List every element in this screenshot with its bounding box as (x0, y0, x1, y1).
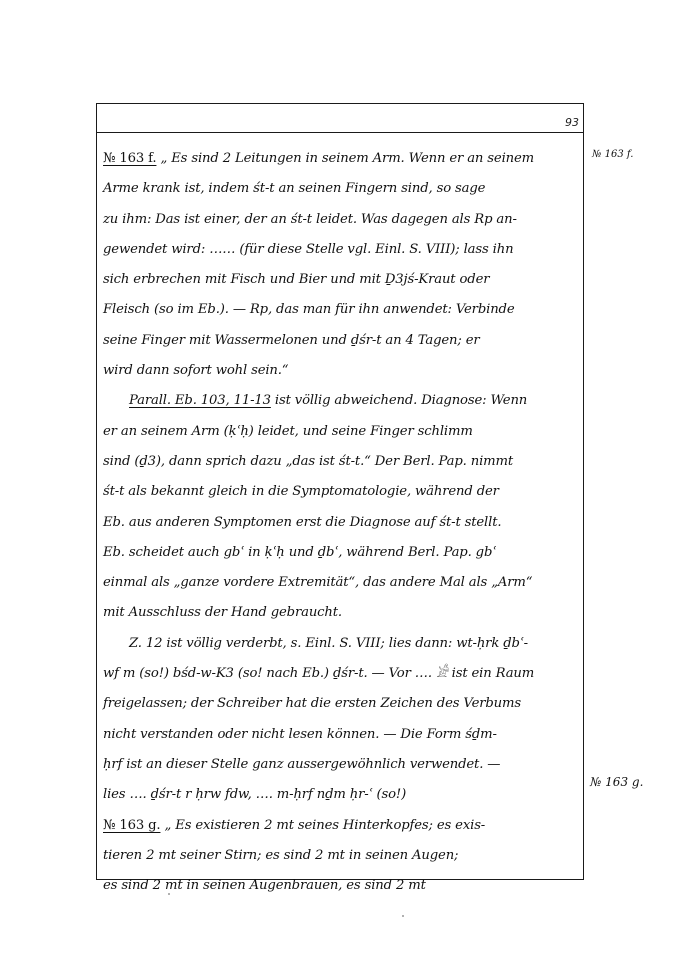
text-line: seine Finger mit Wassermelonen und ḏśr-t… (103, 326, 581, 356)
manuscript-page: 93 № 163 f. „ Es sind 2 Leitungen in sei… (0, 0, 679, 961)
parallel-reference: Parall. Eb. 103, 11-13 (129, 393, 271, 408)
paper-speck (402, 915, 404, 917)
page-number: 93 (565, 116, 579, 129)
text-line: es sind 2 mt in seinen Augenbrauen, es s… (103, 871, 581, 901)
text-line: Eb. aus anderen Symptomen erst die Diagn… (103, 508, 581, 538)
text-line: Eb. scheidet auch gbʿ in ḳʿḥ und ḏbʿ, wä… (103, 538, 581, 568)
text-line: zu ihm: Das ist einer, der an śt-t leide… (103, 205, 581, 235)
text-line: einmal als „ganze vordere Extremität“, d… (103, 568, 581, 598)
entry-number: № 163 g. (103, 818, 160, 833)
margin-note-163g: № 163 g. (590, 775, 643, 789)
line-text: „ Es existieren 2 mt seines Hinterkopfes… (160, 818, 485, 833)
text-line: wf m (so!) bśd-w-K3 (so! nach Eb.) ḏśr-t… (103, 659, 581, 689)
text-line: Z. 12 ist völlig verderbt, s. Einl. S. V… (103, 629, 581, 659)
text-line: wird dann sofort wohl sein.“ (103, 356, 581, 386)
text-line: lies …. ḏśr-t r ḥrw fdw, …. m-ḥrf nḏm ḥr… (103, 780, 581, 810)
paper-speck (168, 893, 170, 895)
text-line: sind (ḏ3), dann sprich dazu „das ist śt-… (103, 447, 581, 477)
header-row: 93 (97, 104, 583, 133)
page-frame: 93 № 163 f. „ Es sind 2 Leitungen in sei… (96, 103, 584, 880)
text-line: gewendet wird: …… (für diese Stelle vgl.… (103, 235, 581, 265)
text-line: er an seinem Arm (ḳʿḥ) leidet, und seine… (103, 417, 581, 447)
entry-number: № 163 f. (103, 151, 156, 166)
text-line: № 163 g. „ Es existieren 2 mt seines Hin… (103, 811, 581, 841)
text-line: sich erbrechen mit Fisch und Bier und mi… (103, 265, 581, 295)
text-line: ḥrf ist an dieser Stelle ganz aussergewö… (103, 750, 581, 780)
text-line: tieren 2 mt seiner Stirn; es sind 2 mt i… (103, 841, 581, 871)
line-text: ist völlig abweichend. Diagnose: Wenn (271, 393, 527, 408)
text-line: mit Ausschluss der Hand gebraucht. (103, 598, 581, 628)
body-text: № 163 f. „ Es sind 2 Leitungen in seinem… (103, 144, 581, 901)
text-line: nicht verstanden oder nicht lesen können… (103, 720, 581, 750)
text-line: Fleisch (so im Eb.). — Rp, das man für i… (103, 295, 581, 325)
text-line: śt-t als bekannt gleich in die Symptomat… (103, 477, 581, 507)
text-line: Arme krank ist, indem śt-t an seinen Fin… (103, 174, 581, 204)
margin-note-163f: № 163 f. (592, 149, 633, 160)
text-line: № 163 f. „ Es sind 2 Leitungen in seinem… (103, 144, 581, 174)
text-line: Parall. Eb. 103, 11-13 ist völlig abweic… (103, 386, 581, 416)
text-line: freigelassen; der Schreiber hat die erst… (103, 689, 581, 719)
line-text: „ Es sind 2 Leitungen in seinem Arm. Wen… (156, 151, 534, 166)
